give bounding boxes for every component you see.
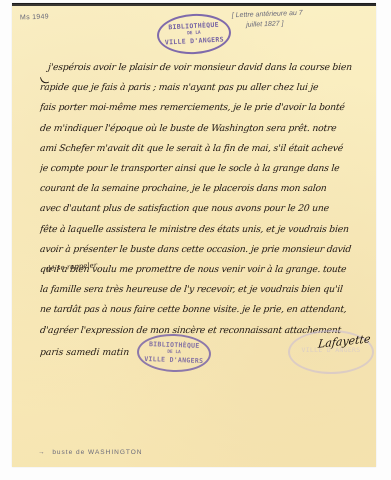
letter-line: la famille sera très heureuse de l'y rec… — [39, 280, 371, 300]
letter-line: j'espérois avoir le plaisir de voir mons… — [39, 58, 371, 78]
arrow-right-icon: → — [38, 449, 46, 456]
letter-line: rapide que je fais à paris ; mais n'ayan… — [39, 78, 371, 98]
letter-line: ne tardât pas à nous faire cette bonne v… — [39, 300, 371, 320]
date-annotation-line1: [ Lettre antérieure au 7 — [232, 10, 303, 19]
letter-line: avoir à présenter le buste dans cette oc… — [39, 240, 371, 260]
stamp-line: VILLE D'ANGERS — [139, 355, 209, 365]
document-scan: Ms 1949 [ Lettre antérieure au 7 juillet… — [0, 0, 391, 480]
closing-place-date: paris samedi matin — [39, 347, 129, 358]
footer-annotation: → buste de WASHINGTON — [38, 449, 142, 456]
letter-line: avec d'autant plus de satisfaction que n… — [39, 199, 371, 219]
letter-line: de m'indiquer l'époque où le buste de Wa… — [39, 119, 371, 139]
letter-line: fête à laquelle assistera le ministre de… — [39, 220, 371, 240]
archive-shelfmark: Ms 1949 — [20, 13, 49, 21]
letter-line: je compte pour le transporter ainsi que … — [39, 159, 371, 179]
letter-line: ami Schefer m'avait dit que le serait à … — [39, 139, 371, 159]
footer-annotation-text: buste de WASHINGTON — [52, 449, 142, 456]
letter-line: fais porter moi-même mes remerciements, … — [39, 98, 371, 118]
letter-line: courant de la semaine prochaine, je le p… — [39, 179, 371, 199]
letter-body: j'espérois avoir le plaisir de voir mons… — [40, 58, 370, 341]
